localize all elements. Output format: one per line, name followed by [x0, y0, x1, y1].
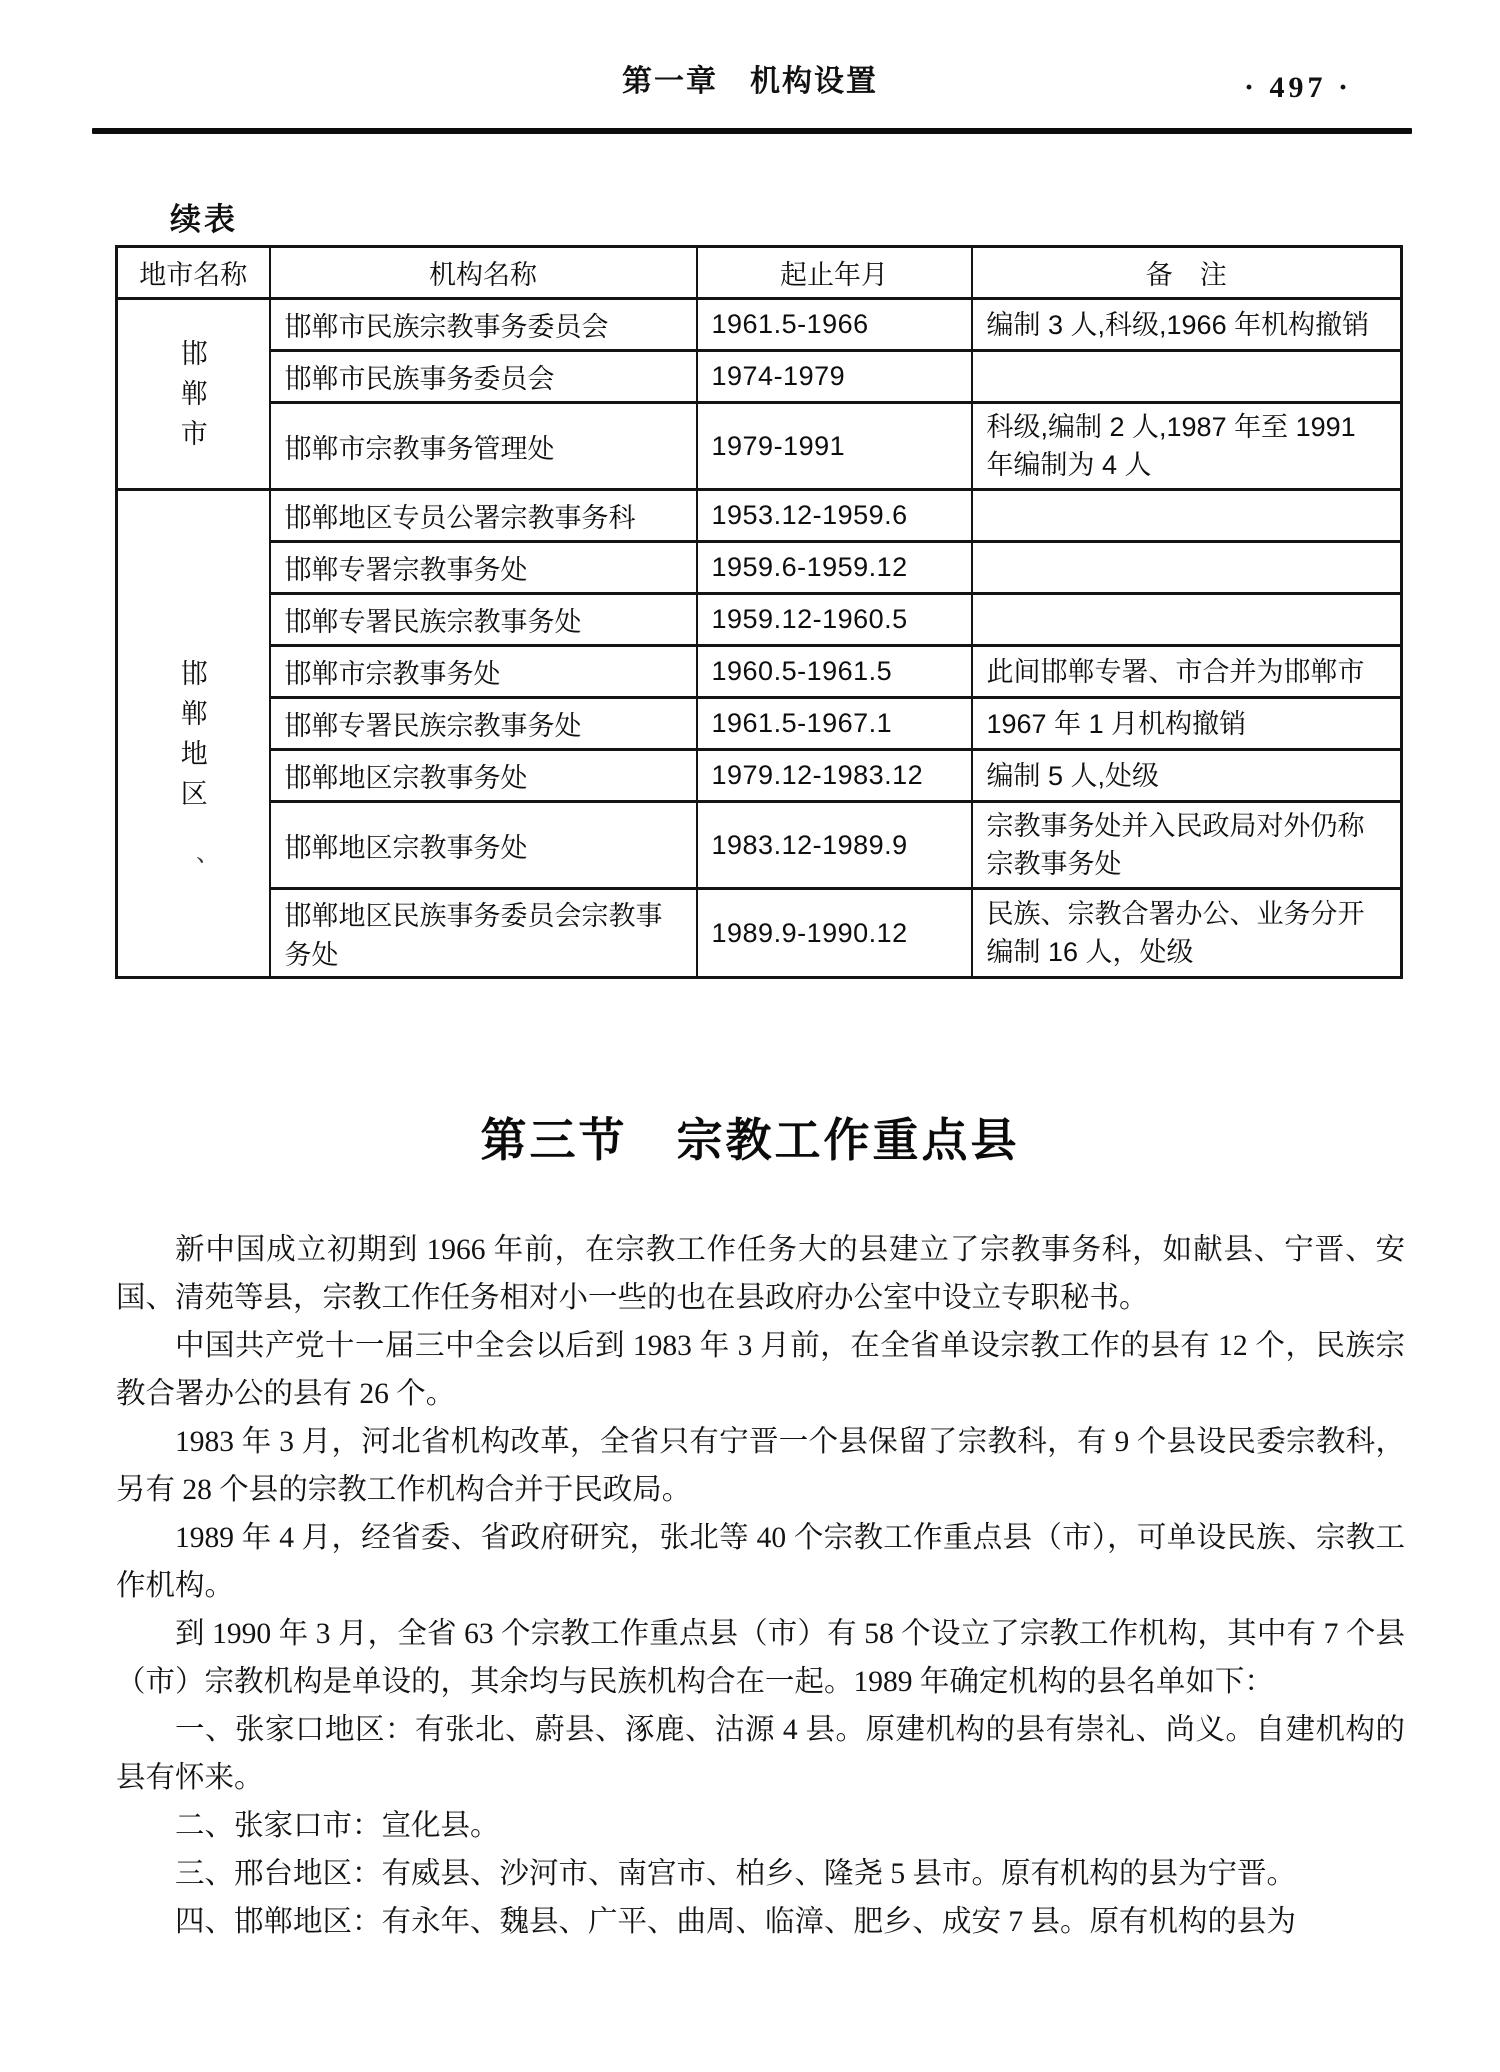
table-row: 邯郸地区民族事务委员会宗教事务处 1989.9-1990.12 民族、宗教合署办… [117, 889, 1402, 978]
running-header: 第一章 机构设置 · 497 · [0, 60, 1500, 104]
org-name-cell: 邯郸专署民族宗教事务处 [270, 698, 697, 750]
note-cell [972, 542, 1402, 594]
section-heading: 第三节 宗教工作重点县 [0, 1104, 1500, 1170]
note-cell [972, 490, 1402, 542]
column-header-region: 地市名称 [117, 247, 270, 299]
note-cell: 编制 3 人,科级,1966 年机构撤销 [972, 299, 1402, 351]
org-name-cell: 邯郸市民族宗教事务委员会 [270, 299, 697, 351]
header-rule [92, 128, 1412, 134]
table-row: 邯郸专署民族宗教事务处 1959.12-1960.5 [117, 594, 1402, 646]
scanned-book-page: 第一章 机构设置 · 497 · 续表 地市名称 机构名称 起止年月 备 注 邯… [0, 0, 1500, 2072]
column-header-name: 机构名称 [270, 247, 697, 299]
table-row: 邯郸地区宗教事务处 1979.12-1983.12 编制 5 人,处级 [117, 750, 1402, 802]
paragraph: 到 1990 年 3 月，全省 63 个宗教工作重点县（市）有 58 个设立了宗… [116, 1610, 1405, 1706]
note-cell: 编制 5 人,处级 [972, 750, 1402, 802]
period-cell: 1961.5-1967.1 [697, 698, 972, 750]
column-header-period: 起止年月 [697, 247, 972, 299]
paragraph: 新中国成立初期到 1966 年前，在宗教工作任务大的县建立了宗教事务科，如献县、… [116, 1226, 1405, 1322]
org-name-cell: 邯郸地区专员公署宗教事务科 [270, 490, 697, 542]
note-cell [972, 594, 1402, 646]
note-cell: 科级,编制 2 人,1987 年至 1991 年编制为 4 人 [972, 403, 1402, 490]
region-label: 邯郸市 [179, 334, 209, 454]
org-name-cell: 邯郸市民族事务委员会 [270, 351, 697, 403]
period-cell: 1959.12-1960.5 [697, 594, 972, 646]
table-header-row: 地市名称 机构名称 起止年月 备 注 [117, 247, 1402, 299]
region-cell: 邯郸地区 、 [117, 490, 270, 978]
note-cell [972, 351, 1402, 403]
period-cell: 1989.9-1990.12 [697, 889, 972, 978]
table-row: 邯郸专署民族宗教事务处 1961.5-1967.1 1967 年 1 月机构撤销 [117, 698, 1402, 750]
period-cell: 1960.5-1961.5 [697, 646, 972, 698]
org-name-cell: 邯郸市宗教事务处 [270, 646, 697, 698]
region-cell: 邯郸市 [117, 299, 270, 490]
org-name-cell: 邯郸专署宗教事务处 [270, 542, 697, 594]
period-cell: 1983.12-1989.9 [697, 802, 972, 889]
paragraph: 中国共产党十一届三中全会以后到 1983 年 3 月前，在全省单设宗教工作的县有… [116, 1322, 1405, 1418]
paragraph: 1983 年 3 月，河北省机构改革，全省只有宁晋一个县保留了宗教科，有 9 个… [116, 1418, 1405, 1514]
stray-mark-artifact: 、 [196, 833, 220, 868]
paragraph: 一、张家口地区：有张北、蔚县、涿鹿、沽源 4 县。原建机构的县有崇礼、尚义。自建… [116, 1706, 1405, 1802]
paragraph: 四、邯郸地区：有永年、魏县、广平、曲周、临漳、肥乡、成安 7 县。原有机构的县为 [116, 1898, 1405, 1946]
region-label: 邯郸地区 [179, 654, 209, 814]
period-cell: 1961.5-1966 [697, 299, 972, 351]
body-text: 新中国成立初期到 1966 年前，在宗教工作任务大的县建立了宗教事务科，如献县、… [116, 1226, 1405, 1946]
org-name-cell: 邯郸专署民族宗教事务处 [270, 594, 697, 646]
note-cell: 宗教事务处并入民政局对外仍称宗教事务处 [972, 802, 1402, 889]
table-row: 邯郸市民族事务委员会 1974-1979 [117, 351, 1402, 403]
org-name-cell: 邯郸市宗教事务管理处 [270, 403, 697, 490]
paragraph: 二、张家口市：宣化县。 [116, 1802, 1405, 1850]
table-row: 邯郸专署宗教事务处 1959.6-1959.12 [117, 542, 1402, 594]
paragraph: 1989 年 4 月，经省委、省政府研究，张北等 40 个宗教工作重点县（市），… [116, 1514, 1405, 1610]
column-header-note: 备 注 [972, 247, 1402, 299]
note-cell: 此间邯郸专署、市合并为邯郸市 [972, 646, 1402, 698]
period-cell: 1979.12-1983.12 [697, 750, 972, 802]
continued-table-label: 续表 [170, 194, 238, 239]
period-cell: 1974-1979 [697, 351, 972, 403]
table-row: 邯郸市宗教事务管理处 1979-1991 科级,编制 2 人,1987 年至 1… [117, 403, 1402, 490]
table-row: 邯郸市 邯郸市民族宗教事务委员会 1961.5-1966 编制 3 人,科级,1… [117, 299, 1402, 351]
paragraph: 三、邢台地区：有威县、沙河市、南宫市、柏乡、隆尧 5 县市。原有机构的县为宁晋。 [116, 1850, 1405, 1898]
page-number: · 497 · [1244, 66, 1352, 110]
note-cell: 民族、宗教合署办公、业务分开编制 16 人，处级 [972, 889, 1402, 978]
table-row: 邯郸地区 、 邯郸地区专员公署宗教事务科 1953.12-1959.6 [117, 490, 1402, 542]
org-history-table: 地市名称 机构名称 起止年月 备 注 邯郸市 邯郸市民族宗教事务委员会 1961… [115, 245, 1403, 979]
table-row: 邯郸市宗教事务处 1960.5-1961.5 此间邯郸专署、市合并为邯郸市 [117, 646, 1402, 698]
org-name-cell: 邯郸地区宗教事务处 [270, 750, 697, 802]
org-name-cell: 邯郸地区宗教事务处 [270, 802, 697, 889]
period-cell: 1953.12-1959.6 [697, 490, 972, 542]
period-cell: 1959.6-1959.12 [697, 542, 972, 594]
org-name-cell: 邯郸地区民族事务委员会宗教事务处 [270, 889, 697, 978]
note-cell: 1967 年 1 月机构撤销 [972, 698, 1402, 750]
table-row: 邯郸地区宗教事务处 1983.12-1989.9 宗教事务处并入民政局对外仍称宗… [117, 802, 1402, 889]
period-cell: 1979-1991 [697, 403, 972, 490]
